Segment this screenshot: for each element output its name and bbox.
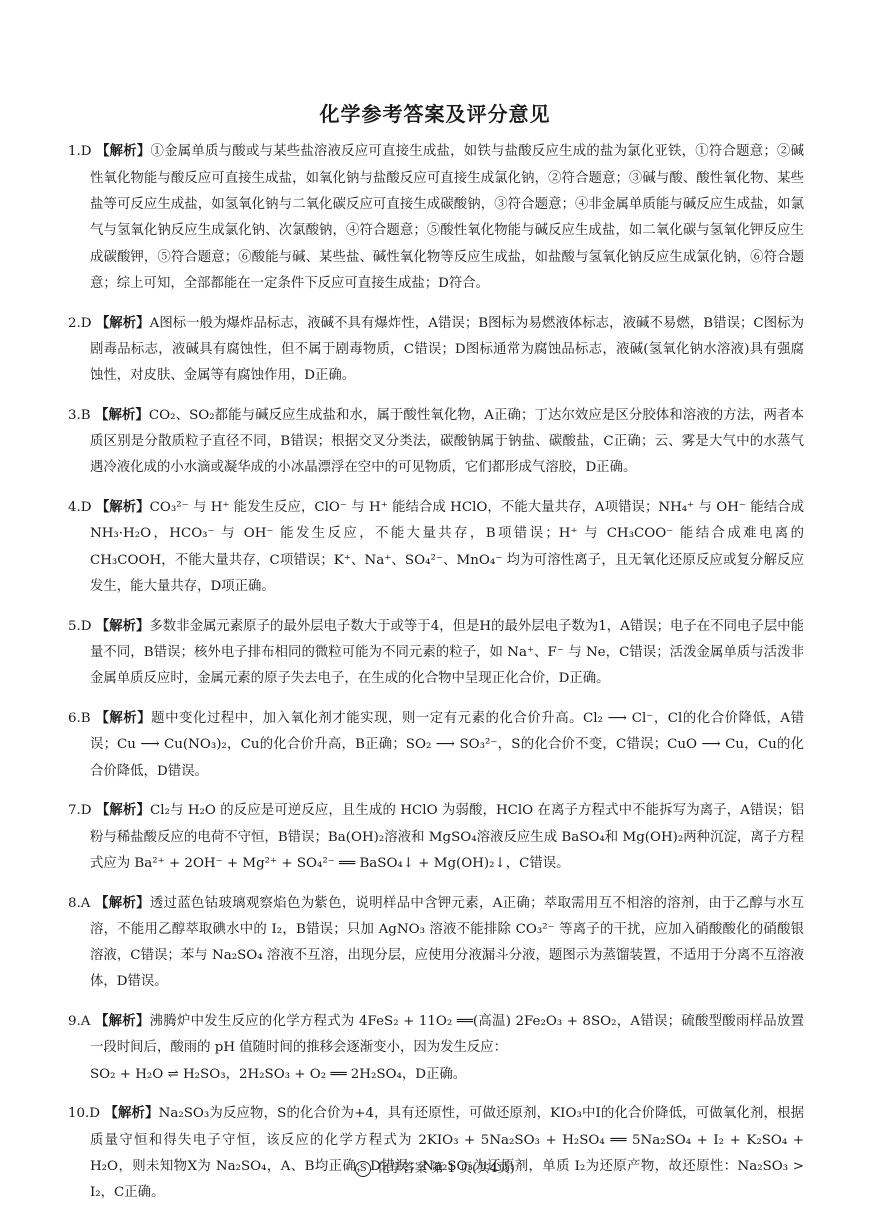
answer-item-6: 6.B 【解析】题中变化过程中，加入氧化剂才能实现，则一定有元素的化合价升高。C… <box>68 706 804 785</box>
equation-line: SO₂ + H₂O ⇌ H₂SO₃，2H₂SO₃ + O₂ ══ 2H₂SO₄，… <box>90 1067 466 1082</box>
answer-text: 多数非金属元素原子的最外层电子数大于或等于4，但是H的最外层电子数为1，A错误；… <box>90 619 804 687</box>
answer-number: 3.B <box>68 408 91 423</box>
answer-item-5: 5.D 【解析】多数非金属元素原子的最外层电子数大于或等于4，但是H的最外层电子… <box>68 614 804 693</box>
answer-item-1: 1.D 【解析】①金属单质与酸或与某些盐溶液反应可直接生成盐，如铁与盐酸反应生成… <box>68 139 804 297</box>
answer-number: 7.D <box>68 803 92 818</box>
circled-s-icon: S <box>355 1161 371 1177</box>
answer-text: CO₂、SO₂都能与碱反应生成盐和水，属于酸性氧化物，A正确；丁达尔效应是区分胶… <box>90 408 804 476</box>
answer-text: 沸腾炉中发生反应的化学方程式为 4FeS₂ + 11O₂ ══(高温) 2Fe₂… <box>90 1014 804 1055</box>
analysis-tag: 【解析】 <box>104 1106 158 1121</box>
analysis-tag: 【解析】 <box>95 408 149 423</box>
answer-number: 6.B <box>68 711 91 726</box>
answer-text: A图标一般为爆炸品标志，液碱不具有爆炸性，A错误；B图标为易燃液体标志，液碱不易… <box>90 316 804 384</box>
analysis-tag: 【解析】 <box>96 619 150 634</box>
answer-item-10: 10.D 【解析】Na₂SO₃为反应物，S的化合价为+4，具有还原性，可做还原剂… <box>68 1101 804 1206</box>
answer-text: CO₃²⁻ 与 H⁺ 能发生反应，ClO⁻ 与 H⁺ 能结合成 HClO，不能大… <box>90 500 804 594</box>
page-title: 化学参考答案及评分意见 <box>0 98 870 127</box>
answer-item-4: 4.D 【解析】CO₃²⁻ 与 H⁺ 能发生反应，ClO⁻ 与 H⁺ 能结合成 … <box>68 495 804 600</box>
analysis-tag: 【解析】 <box>96 144 150 159</box>
page-number-text: 化学答案 第 1 页(共4页) <box>377 1160 515 1175</box>
analysis-tag: 【解析】 <box>95 711 151 726</box>
answer-number: 5.D <box>68 619 92 634</box>
answer-number: 9.A <box>68 1014 90 1029</box>
answer-item-7: 7.D 【解析】Cl₂与 H₂O 的反应是可逆反应，且生成的 HClO 为弱酸，… <box>68 798 804 877</box>
page-footer: S化学答案 第 1 页(共4页) <box>0 1158 870 1177</box>
analysis-tag: 【解析】 <box>95 896 150 911</box>
answer-text: 透过蓝色钴玻璃观察焰色为紫色，说明样品中含钾元素，A正确；萃取需用互不相溶的溶剂… <box>90 896 804 990</box>
answer-list: 1.D 【解析】①金属单质与酸或与某些盐溶液反应可直接生成盐，如铁与盐酸反应生成… <box>68 126 804 1210</box>
answer-number: 10.D <box>68 1106 100 1121</box>
analysis-tag: 【解析】 <box>96 316 150 331</box>
answer-text: Cl₂与 H₂O 的反应是可逆反应，且生成的 HClO 为弱酸，HClO 在离子… <box>90 803 804 871</box>
answer-text: 题中变化过程中，加入氧化剂才能实现，则一定有元素的化合价升高。Cl₂ ⟶ Cl⁻… <box>90 711 804 779</box>
answer-number: 1.D <box>68 144 92 159</box>
analysis-tag: 【解析】 <box>96 500 150 515</box>
answer-number: 2.D <box>68 316 92 331</box>
answer-item-8: 8.A 【解析】透过蓝色钴玻璃观察焰色为紫色，说明样品中含钾元素，A正确；萃取需… <box>68 891 804 996</box>
answer-text: Na₂SO₃为反应物，S的化合价为+4，具有还原性，可做还原剂，KIO₃中I的化… <box>90 1106 804 1200</box>
analysis-tag: 【解析】 <box>96 803 150 818</box>
answer-item-2: 2.D 【解析】A图标一般为爆炸品标志，液碱不具有爆炸性，A错误；B图标为易燃液… <box>68 311 804 390</box>
answer-number: 4.D <box>68 500 92 515</box>
answer-item-9: 9.A 【解析】沸腾炉中发生反应的化学方程式为 4FeS₂ + 11O₂ ══(… <box>68 1009 804 1088</box>
analysis-tag: 【解析】 <box>95 1014 150 1029</box>
answer-item-3: 3.B 【解析】CO₂、SO₂都能与碱反应生成盐和水，属于酸性氧化物，A正确；丁… <box>68 403 804 482</box>
answer-number: 8.A <box>68 896 90 911</box>
answer-text: ①金属单质与酸或与某些盐溶液反应可直接生成盐，如铁与盐酸反应生成的盐为氯化亚铁，… <box>90 144 804 290</box>
